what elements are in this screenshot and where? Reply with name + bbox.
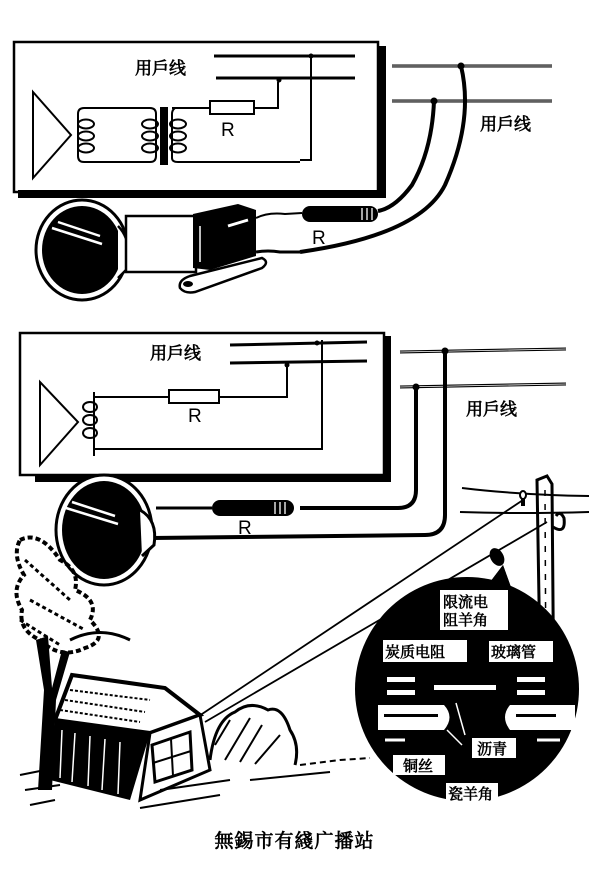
subscriber-line-label-top-outside: 用戶线	[480, 114, 532, 135]
top-panel: R 用戶线 用戶线	[14, 42, 552, 300]
inline-resistor-middle: R	[212, 500, 294, 539]
figure-caption: 無錫市有綫广播站	[0, 826, 589, 853]
resistor-label-cable-middle: R	[238, 518, 252, 539]
limiting-resistor-on-wire	[487, 546, 506, 568]
loudspeaker-top	[36, 200, 266, 300]
subscriber-line-label-top-inside: 用戶线	[135, 58, 187, 79]
receiver-box-top	[14, 42, 386, 198]
house	[50, 675, 210, 800]
inset-title-line1: 限流电	[443, 593, 488, 611]
inset-label-copper-wire: 铜丝	[402, 757, 433, 775]
inset-label-glass-tube: 玻璃管	[491, 643, 536, 661]
loudspeaker-middle	[56, 475, 212, 585]
inset-title-line2: 阻羊角	[443, 611, 488, 629]
subscriber-line-label-middle-outside: 用戶线	[466, 399, 518, 420]
subscriber-line-label-middle-inside: 用戶线	[150, 343, 202, 364]
middle-panel: R 用戶线 用戶线 R	[20, 333, 566, 585]
resistor-label-middle: R	[188, 406, 202, 427]
inset-label-porcelain-insulator: 瓷羊角	[448, 785, 493, 803]
resistor-label-cable-top: R	[312, 228, 326, 249]
inline-resistor-top: R	[256, 206, 378, 252]
resistor-label-top: R	[221, 120, 235, 141]
receiver-box-middle	[20, 333, 391, 482]
bushes	[210, 705, 370, 765]
inset-label-carbon-resistor: 炭质电阻	[385, 643, 445, 661]
broadcast-wiring-diagram: R 用戶线 用戶线	[0, 0, 589, 873]
inset-label-asphalt: 沥青	[477, 740, 507, 758]
